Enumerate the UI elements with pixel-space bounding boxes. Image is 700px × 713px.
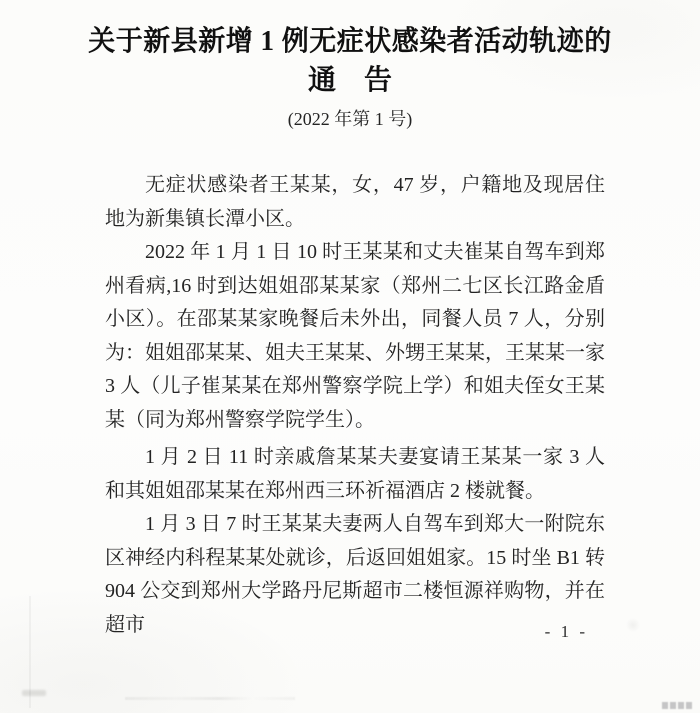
paragraph-jan-3: 1 月 3 日 7 时王某某夫妻两人自驾车到郑大一附院东区神经内科程某某处就诊，… <box>105 508 605 642</box>
notice-title-line1: 关于新县新增 1 例无症状感染者活动轨迹的 <box>0 0 700 61</box>
page-number: - 1 - <box>545 622 588 642</box>
paragraph-jan-1: 2022 年 1 月 1 日 10 时王某某和丈夫崔某自驾车到郑州看病,16 时… <box>105 236 605 437</box>
notice-body: 无症状感染者王某某，女，47 岁，户籍地及现居住地为新集镇长潭小区。 2022 … <box>105 169 605 642</box>
paragraph-case-info: 无症状感染者王某某，女，47 岁，户籍地及现居住地为新集镇长潭小区。 <box>105 169 605 236</box>
scan-artifact-right-smudge <box>626 618 640 632</box>
scan-artifact-vertical-line <box>29 596 31 708</box>
document-number: (2022 年第 1 号) <box>0 104 700 134</box>
scan-artifact-bottom-dashes <box>125 697 295 700</box>
scanned-notice-page: 关于新县新增 1 例无症状感染者活动轨迹的 通 告 (2022 年第 1 号) … <box>0 0 700 713</box>
watermark-marks <box>662 702 692 709</box>
notice-title-line2: 通 告 <box>0 60 700 102</box>
scan-artifact-corner-smudge <box>22 690 46 696</box>
paragraph-jan-2: 1 月 2 日 11 时亲戚詹某某夫妻宴请王某某一家 3 人和其姐姐邵某某在郑州… <box>105 441 605 508</box>
